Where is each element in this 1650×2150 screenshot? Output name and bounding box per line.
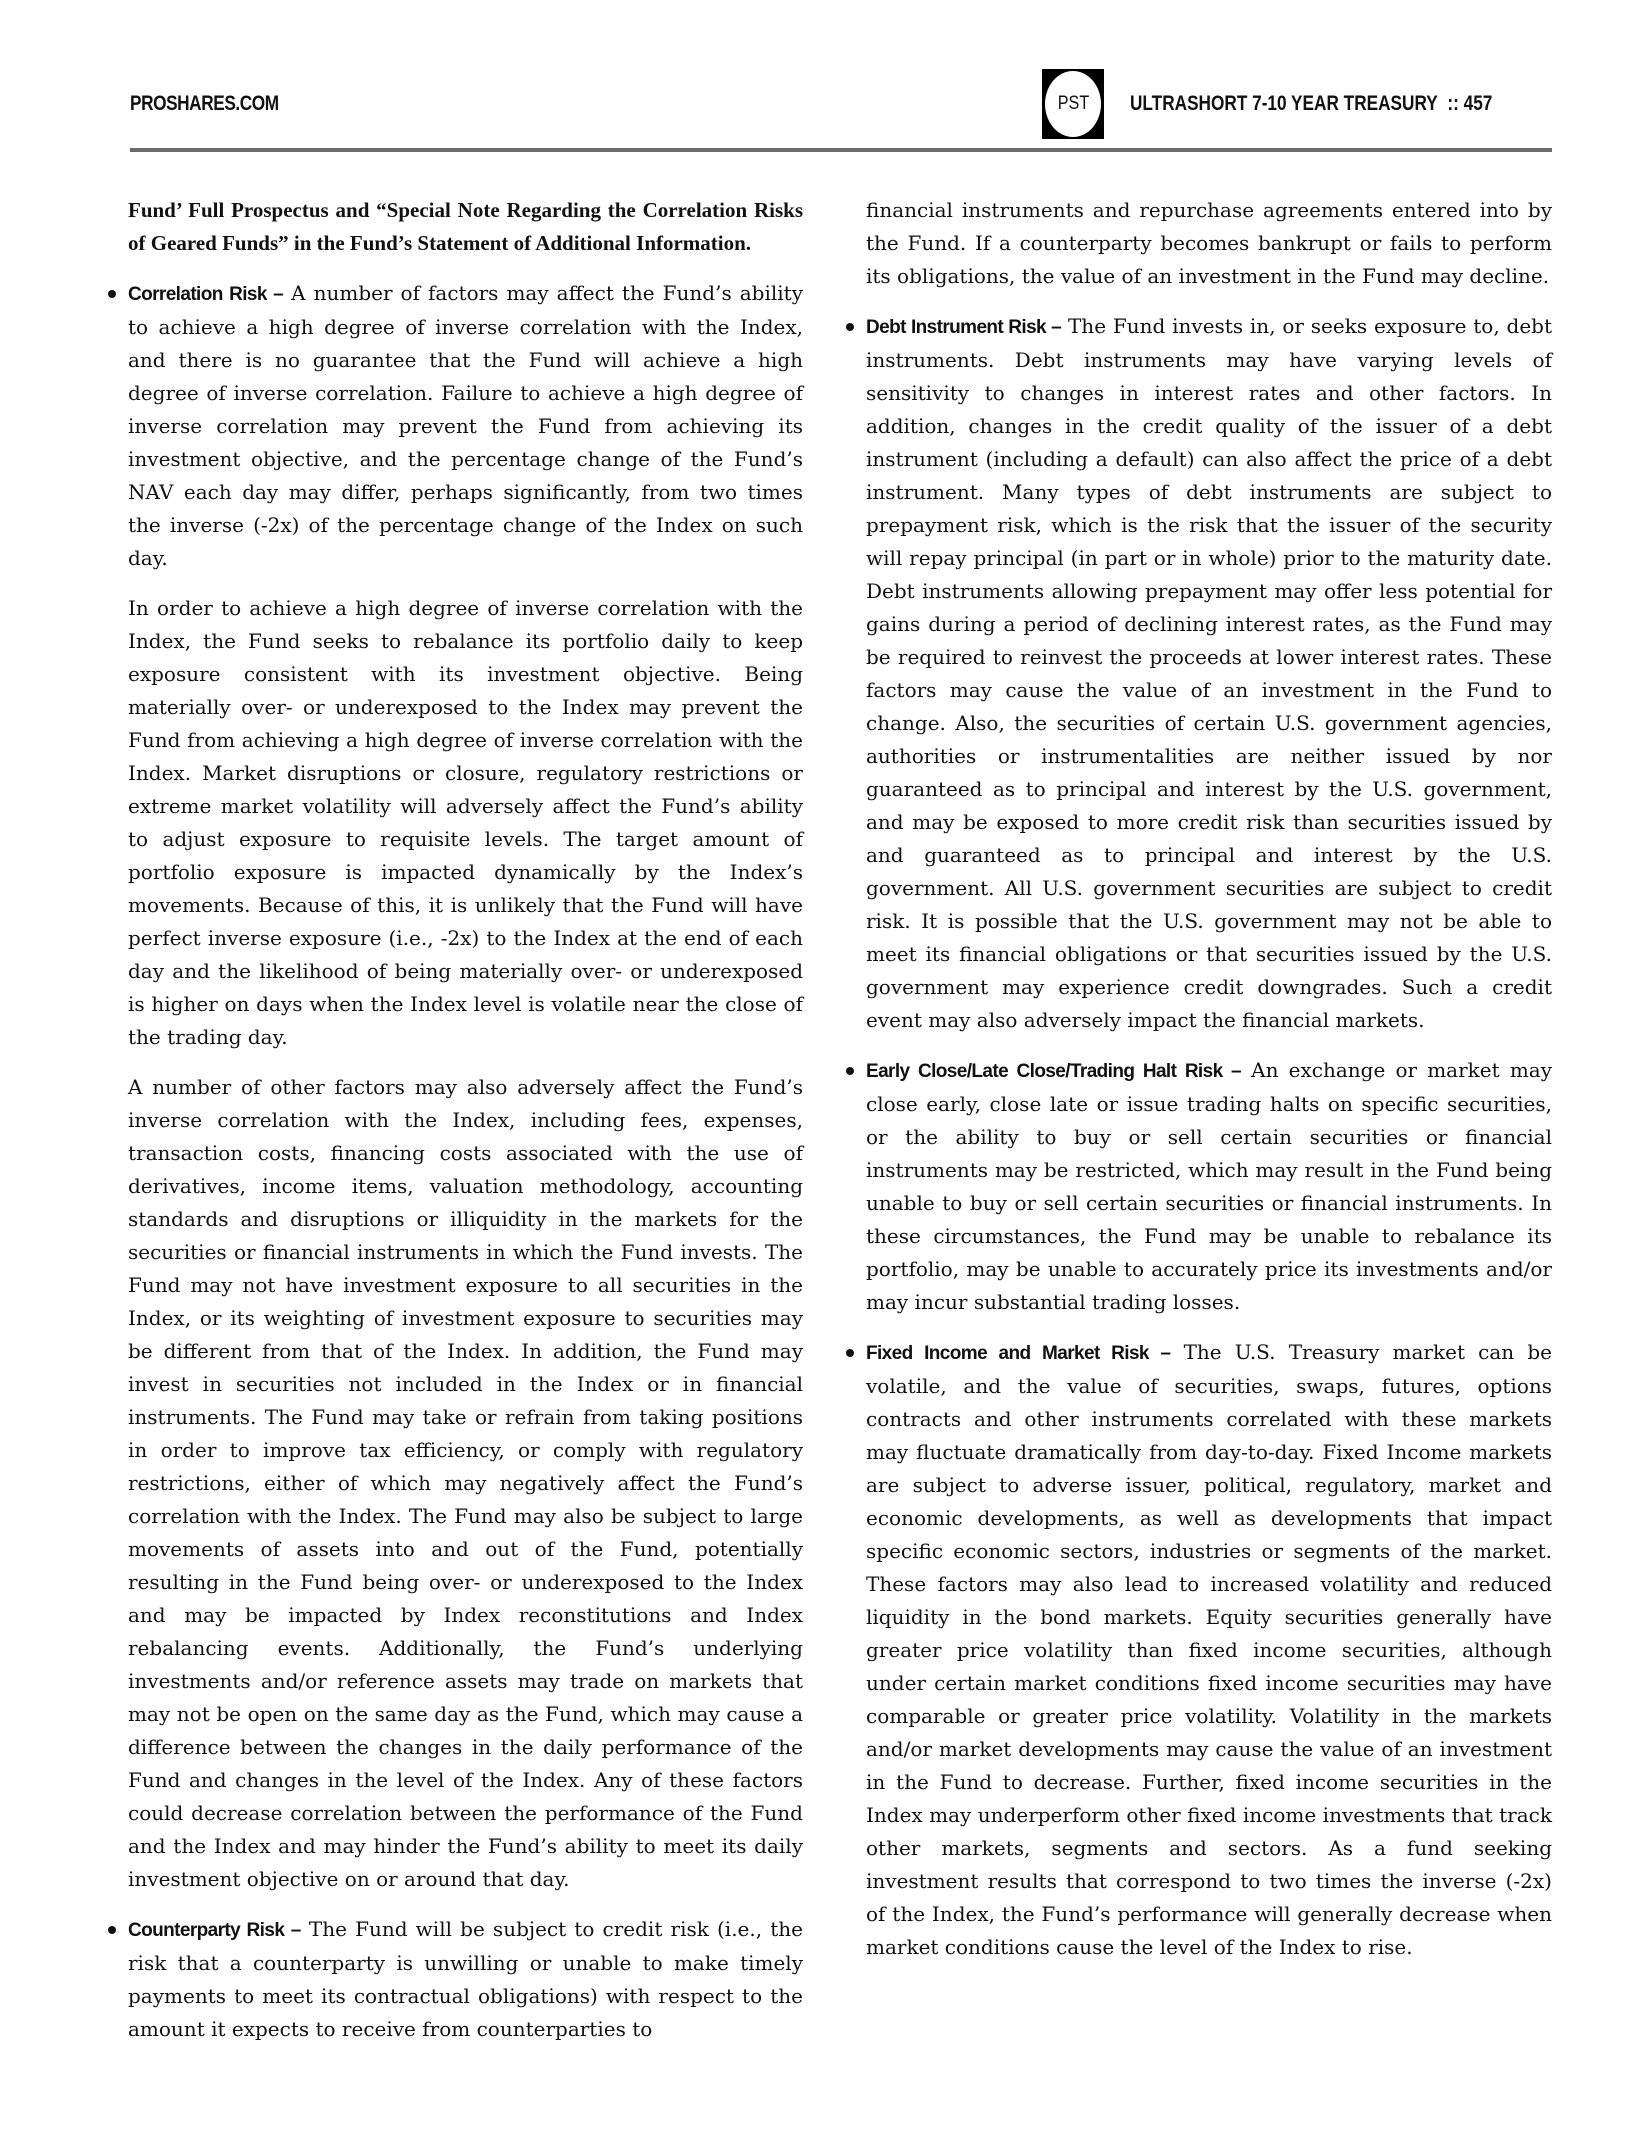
early-close-risk-label: Early Close/Late Close/Trading Halt Risk… <box>866 1061 1241 1082</box>
early-close-risk-text: An exchange or market may close early, c… <box>866 1058 1552 1314</box>
right-column: financial instruments and repurchase agr… <box>866 194 1552 1981</box>
debt-instrument-risk-item: Debt Instrument Risk – The Fund invests … <box>866 310 1552 1037</box>
correlation-paragraph-3: A number of other factors may also adver… <box>128 1071 803 1896</box>
fixed-income-risk-label: Fixed Income and Market Risk – <box>866 1343 1170 1364</box>
left-column: Fund’ Full Prospectus and “Special Note … <box>128 194 803 2063</box>
counterparty-risk-item: Counterparty Risk – The Fund will be sub… <box>128 1913 803 2046</box>
correlation-risk-label: Correlation Risk – <box>128 284 283 305</box>
header-divider <box>130 148 1552 152</box>
fund-title: ULTRASHORT 7-10 YEAR TREASURY :: 457 <box>1130 92 1492 116</box>
early-close-risk-item: Early Close/Late Close/Trading Halt Risk… <box>866 1054 1552 1319</box>
site-name: PROSHARES.COM <box>130 92 279 116</box>
fixed-income-risk-text: The U.S. Treasury market can be volatile… <box>866 1340 1552 1959</box>
correlation-risk-item: Correlation Risk – A number of factors m… <box>128 277 803 575</box>
ticker-badge: PST <box>1042 69 1104 139</box>
counterparty-risk-label: Counterparty Risk – <box>128 1920 301 1941</box>
correlation-risk-text: A number of factors may affect the Fund’… <box>128 281 803 570</box>
ticker-badge-circle: PST <box>1045 71 1101 137</box>
fixed-income-risk-item: Fixed Income and Market Risk – The U.S. … <box>866 1336 1552 1964</box>
page-header: PROSHARES.COM PST ULTRASHORT 7-10 YEAR T… <box>0 0 1650 150</box>
title-separator: :: <box>1447 92 1458 115</box>
page-number: 457 <box>1464 92 1493 115</box>
debt-instrument-risk-text: The Fund invests in, or seeks exposure t… <box>866 314 1552 1032</box>
debt-instrument-risk-label: Debt Instrument Risk – <box>866 317 1061 338</box>
fund-name: ULTRASHORT 7-10 YEAR TREASURY <box>1130 92 1438 115</box>
ticker-symbol: PST <box>1057 93 1088 115</box>
counterparty-continuation: financial instruments and repurchase agr… <box>866 194 1552 293</box>
lead-paragraph: Fund’ Full Prospectus and “Special Note … <box>128 194 803 260</box>
correlation-paragraph-2: In order to achieve a high degree of inv… <box>128 592 803 1054</box>
